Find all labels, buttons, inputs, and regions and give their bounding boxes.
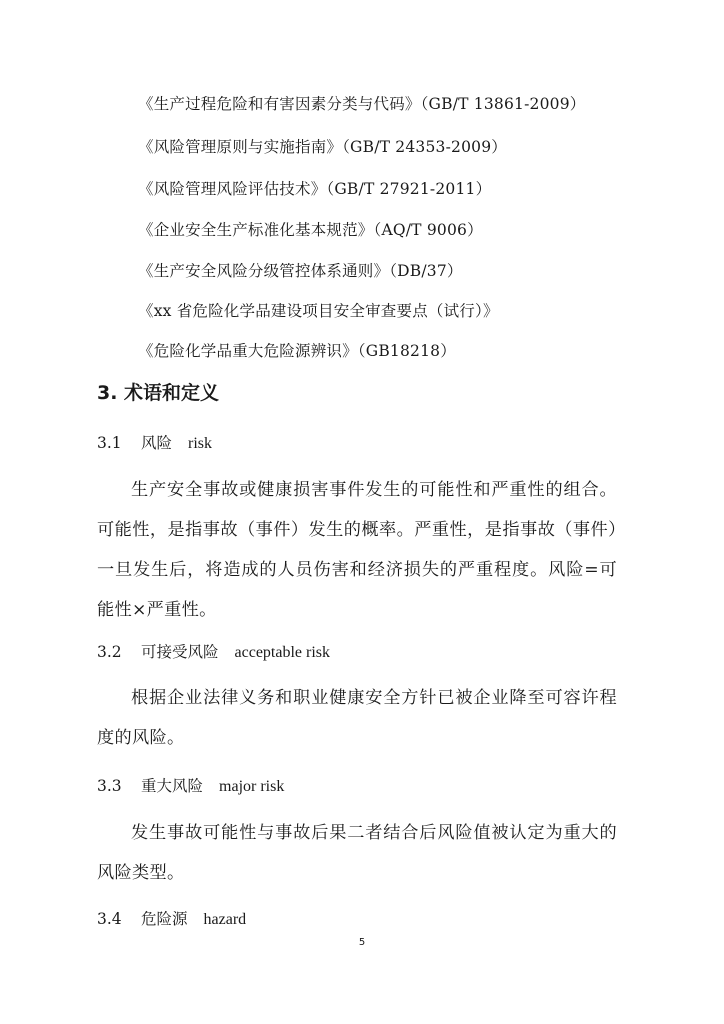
page-number: 5 <box>0 937 724 948</box>
term-definition: 生产安全事故或健康损害事件发生的可能性和严重性的组合。可能性，是指事故（事件）发… <box>97 470 617 630</box>
reference-item: 《风险管理风险评估技术》（GB/T 27921-2011） <box>138 177 491 199</box>
term-number: 3.2 <box>97 643 141 661</box>
reference-item: 《生产安全风险分级管控体系通则》（DB/37） <box>138 259 463 281</box>
term-number: 3.1 <box>97 434 141 452</box>
section-heading: 3. 术语和定义 <box>97 378 219 405</box>
term-definition: 根据企业法律义务和职业健康安全方针已被企业降至可容许程度的风险。 <box>97 678 617 758</box>
term-title: 3.4危险源hazard <box>97 907 246 929</box>
term-title: 3.3重大风险major risk <box>97 774 284 796</box>
term-number: 3.4 <box>97 910 141 928</box>
term-title: 3.1风险risk <box>97 431 212 453</box>
term-zh: 可接受风险 <box>141 643 219 661</box>
reference-item: 《危险化学品重大危险源辨识》（GB18218） <box>138 339 456 361</box>
reference-item: 《风险管理原则与实施指南》（GB/T 24353-2009） <box>138 135 507 157</box>
term-zh: 重大风险 <box>141 777 203 795</box>
term-zh: 风险 <box>141 434 172 452</box>
reference-item: 《生产过程危险和有害因素分类与代码》（GB/T 13861-2009） <box>138 92 586 114</box>
term-zh: 危险源 <box>141 910 188 928</box>
term-en: acceptable risk <box>235 644 331 661</box>
term-en: hazard <box>204 911 247 928</box>
reference-item: 《企业安全生产标准化基本规范》（AQ/T 9006） <box>138 218 483 240</box>
term-title: 3.2可接受风险acceptable risk <box>97 640 330 662</box>
term-definition: 发生事故可能性与事故后果二者结合后风险值被认定为重大的风险类型。 <box>97 813 617 893</box>
term-en: risk <box>188 435 212 452</box>
term-en: major risk <box>219 778 284 795</box>
reference-item: 《xx 省危险化学品建设项目安全审查要点（试行）》 <box>138 299 499 321</box>
term-number: 3.3 <box>97 777 141 795</box>
